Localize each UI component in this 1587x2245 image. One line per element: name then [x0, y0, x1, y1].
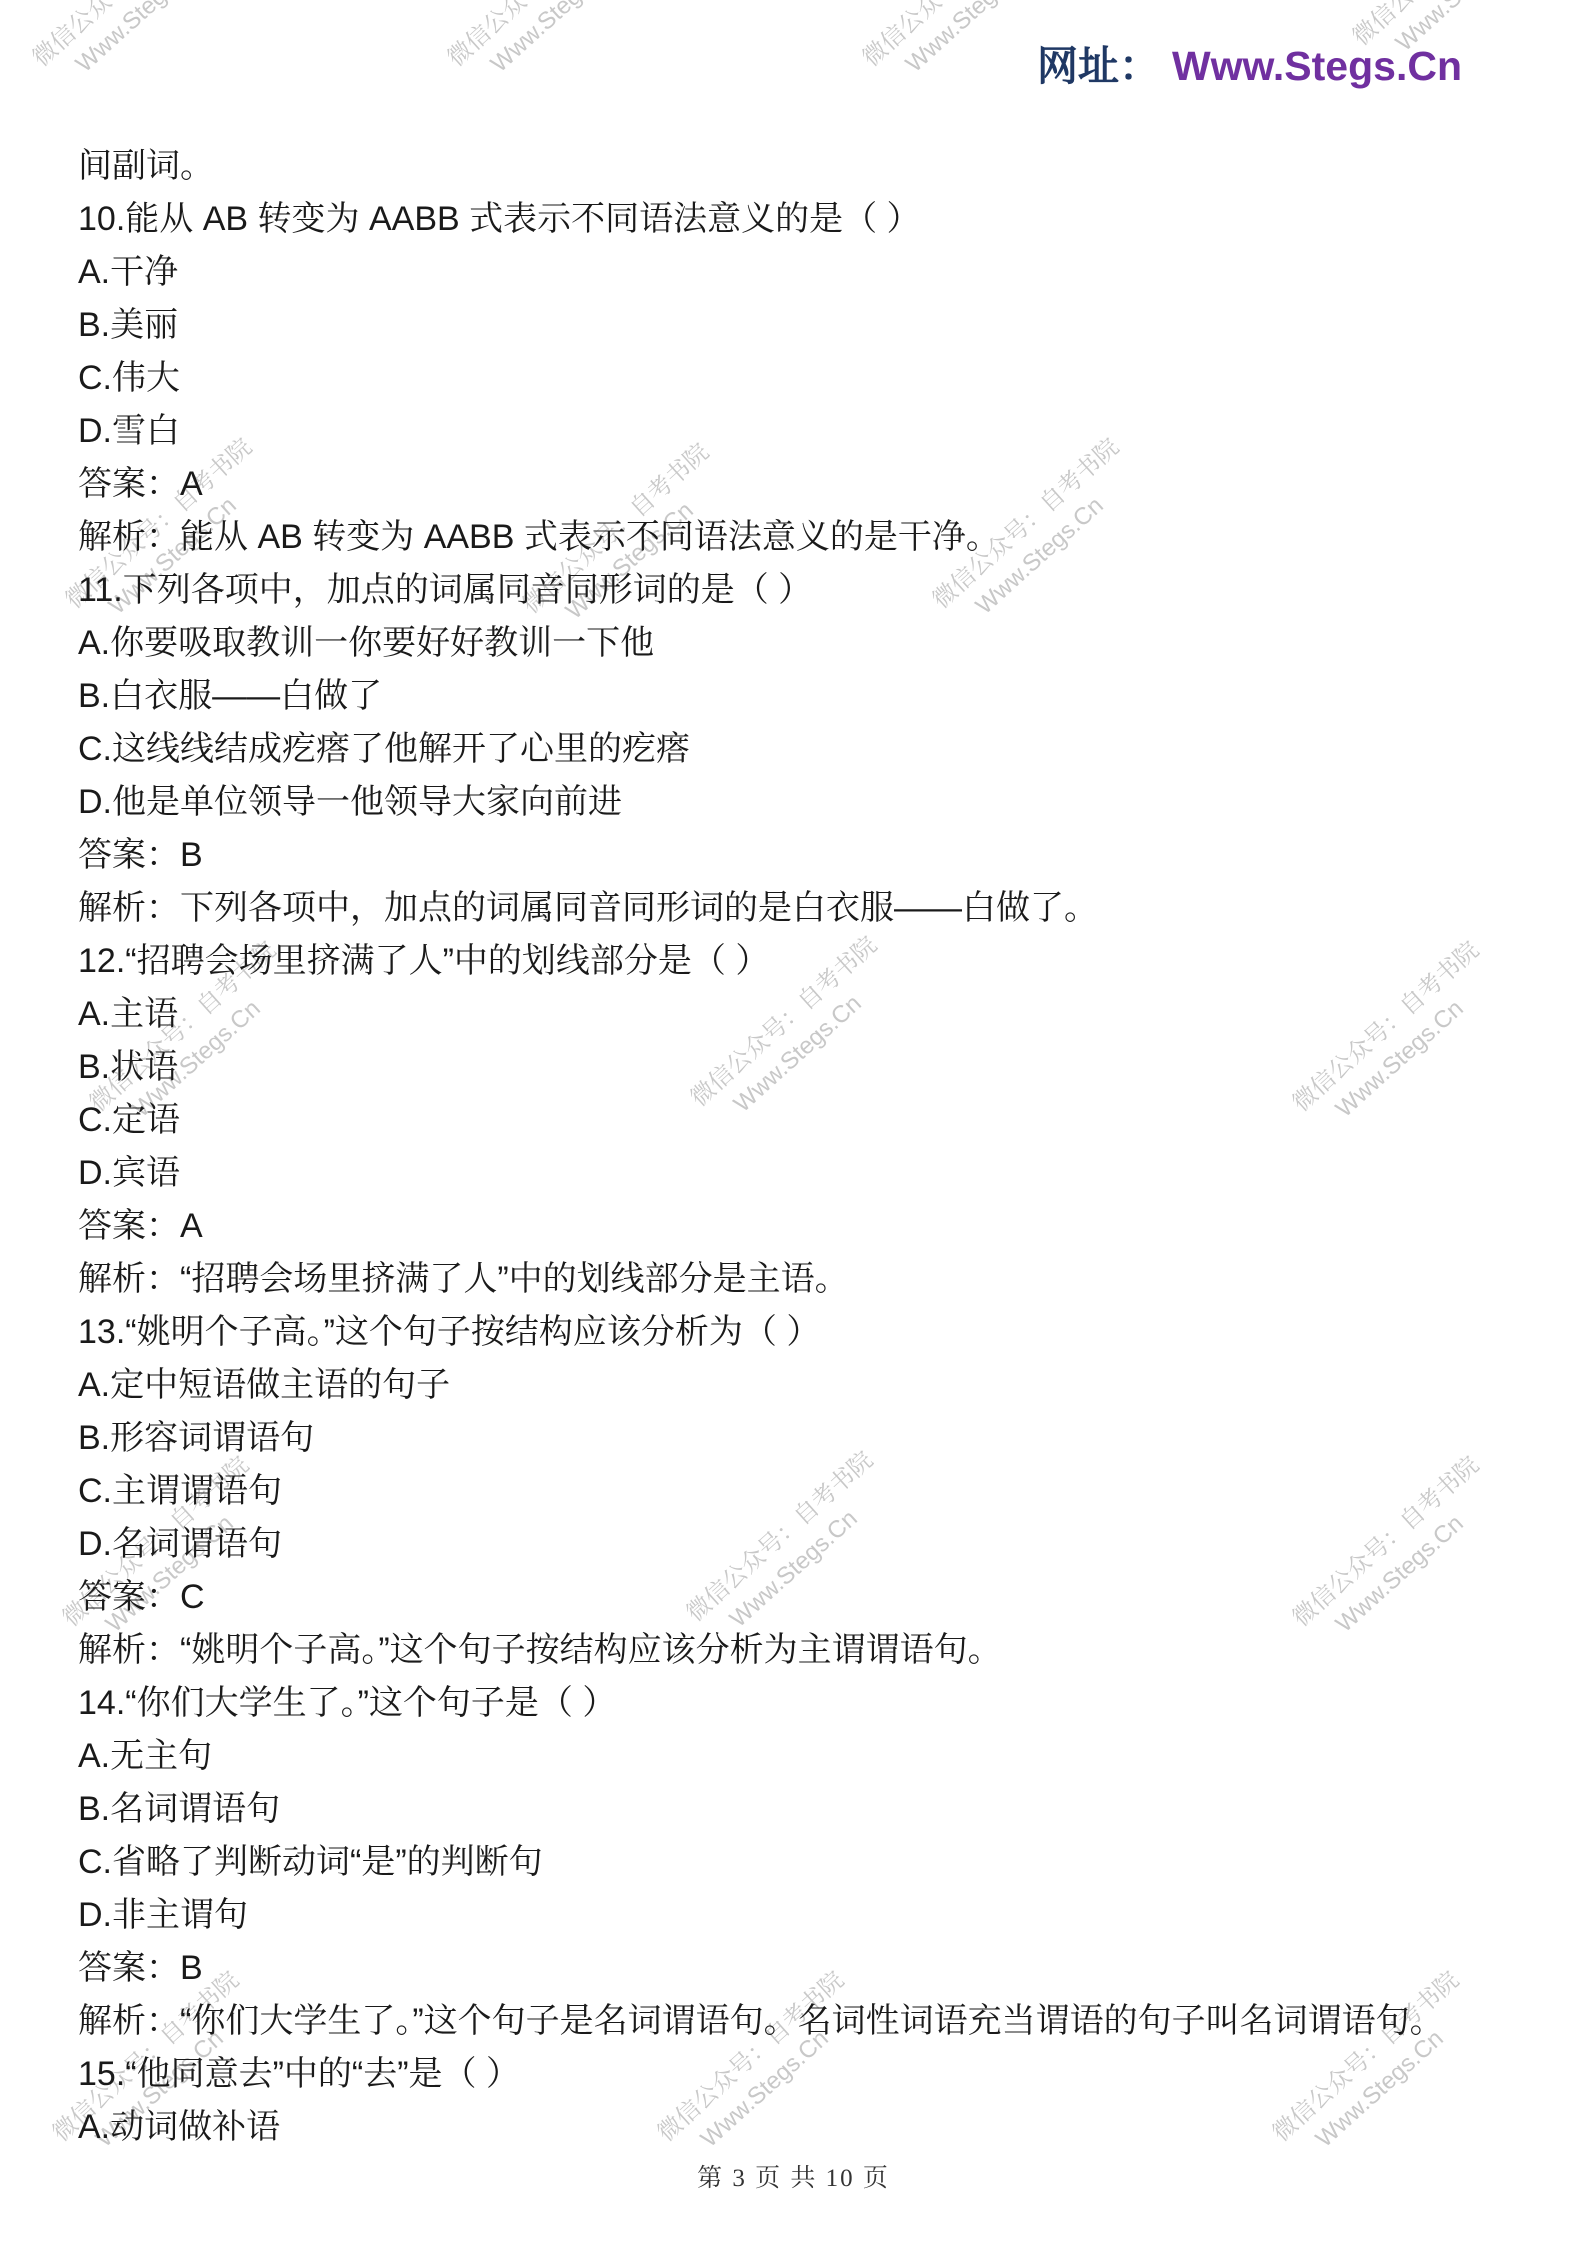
question-prompt: 10.能从 AB 转变为 AABB 式表示不同语法意义的是（ ） [78, 193, 1558, 246]
option-line: B.白衣服——白做了 [78, 670, 1558, 723]
option-line: C.伟大 [78, 352, 1558, 405]
option-line: D.他是单位领导一他领导大家向前进 [78, 776, 1558, 829]
question-prompt: 15.“他同意去”中的“去”是（ ） [78, 2048, 1558, 2101]
option-line: A.定中短语做主语的句子 [78, 1359, 1558, 1412]
document-content: 间副词。10.能从 AB 转变为 AABB 式表示不同语法意义的是（ ）A.干净… [78, 140, 1558, 2154]
option-line: C.主谓谓语句 [78, 1465, 1558, 1518]
option-line: C.定语 [78, 1094, 1558, 1147]
question-prompt: 12.“招聘会场里挤满了人”中的划线部分是（ ） [78, 935, 1558, 988]
option-line: D.名词谓语句 [78, 1518, 1558, 1571]
watermark: 微信公众号：自考书院Www.Stegs.Cn [441, 0, 664, 99]
answer-line: 答案：A [78, 1200, 1558, 1253]
site-address-label: 网址： [1037, 43, 1160, 89]
option-line: A.无主句 [78, 1730, 1558, 1783]
page-header: 网址：Www.Stegs.Cn [1037, 42, 1462, 91]
page-footer: 第 3 页 共 10 页 [0, 2158, 1587, 2194]
page-number-text: 第 3 页 共 10 页 [697, 2165, 890, 2192]
option-line: B.形容词谓语句 [78, 1412, 1558, 1465]
option-line: A.干净 [78, 246, 1558, 299]
option-line: B.美丽 [78, 299, 1558, 352]
explanation-line: 解析：“招聘会场里挤满了人”中的划线部分是主语。 [78, 1253, 1558, 1306]
continuation-line: 间副词。 [78, 140, 1558, 193]
answer-line: 答案：A [78, 458, 1558, 511]
explanation-line: 解析：“姚明个子高。”这个句子按结构应该分析为主谓谓语句。 [78, 1624, 1558, 1677]
explanation-line: 解析：“你们大学生了。”这个句子是名词谓语句。名词性词语充当谓语的句子叫名词谓语… [78, 1995, 1558, 2048]
explanation-line: 解析：下列各项中，加点的词属同音同形词的是白衣服——白做了。 [78, 882, 1558, 935]
option-line: D.雪白 [78, 405, 1558, 458]
option-line: A.主语 [78, 988, 1558, 1041]
option-line: D.宾语 [78, 1147, 1558, 1200]
explanation-line: 解析：能从 AB 转变为 AABB 式表示不同语法意义的是干净。 [78, 511, 1558, 564]
question-prompt: 11.下列各项中，加点的词属同音同形词的是（ ） [78, 564, 1558, 617]
option-line: A.你要吸取教训一你要好好教训一下他 [78, 617, 1558, 670]
option-line: C.这线线结成疙瘩了他解开了心里的疙瘩 [78, 723, 1558, 776]
option-line: B.名词谓语句 [78, 1783, 1558, 1836]
question-prompt: 13.“姚明个子高。”这个句子按结构应该分析为（ ） [78, 1306, 1558, 1359]
answer-line: 答案：C [78, 1571, 1558, 1624]
site-url: Www.Stegs.Cn [1172, 43, 1462, 89]
question-prompt: 14.“你们大学生了。”这个句子是（ ） [78, 1677, 1558, 1730]
document-page: 微信公众号：自考书院Www.Stegs.Cn微信公众号：自考书院Www.Steg… [0, 0, 1587, 2245]
watermark: 微信公众号：自考书院Www.Stegs.Cn [26, 0, 249, 99]
option-line: D.非主谓句 [78, 1889, 1558, 1942]
option-line: B.状语 [78, 1041, 1558, 1094]
option-line: A.动词做补语 [78, 2101, 1558, 2154]
option-line: C.省略了判断动词“是”的判断句 [78, 1836, 1558, 1889]
answer-line: 答案：B [78, 829, 1558, 882]
answer-line: 答案：B [78, 1942, 1558, 1995]
